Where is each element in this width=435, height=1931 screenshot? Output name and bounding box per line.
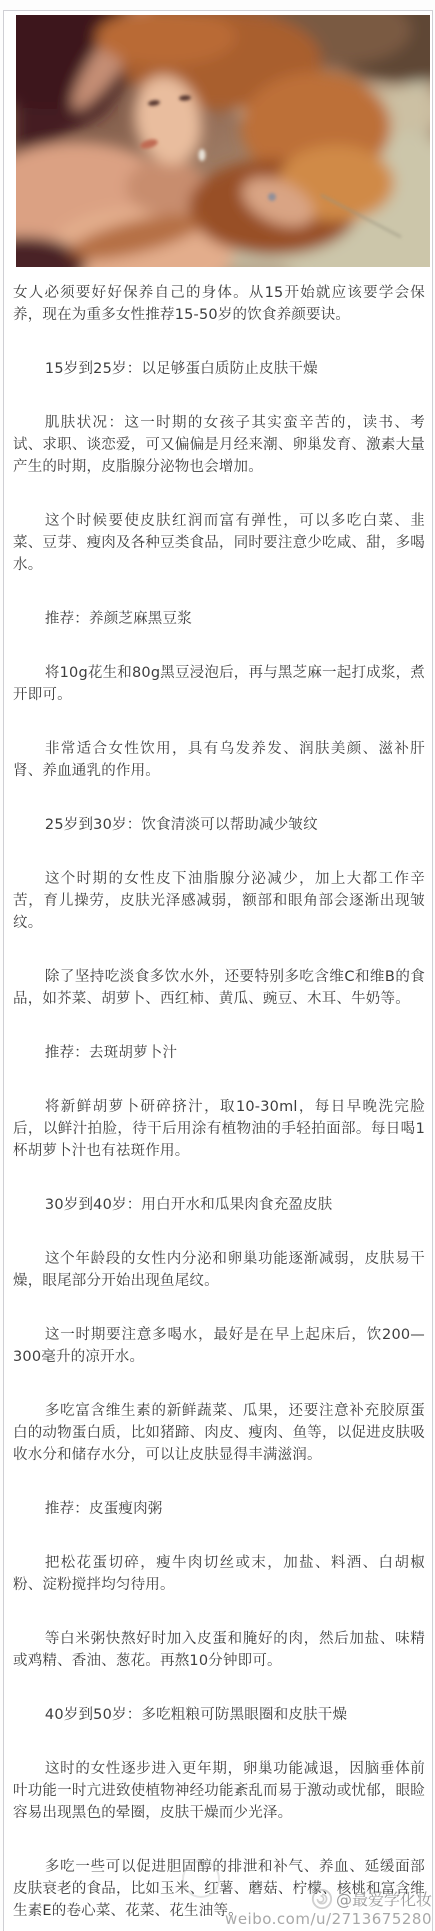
recommendation-line: 推荐：皮蛋瘦肉粥	[13, 1498, 425, 1520]
weibo-long-image-post: 女人必须要好好保养自己的身体。从15开始就应该要学会保养，现在为重多女性推荐15…	[0, 0, 435, 1931]
body-paragraph: 这个时期的女性皮下油脂腺分泌减少，加上大都工作辛苦，育儿操劳，皮肤光泽感减弱，额…	[13, 868, 425, 934]
age-section-heading: 30岁到40岁：用白开水和瓜果肉食充盈皮肤	[13, 1194, 425, 1216]
intro-paragraph: 女人必须要好好保养自己的身体。从15开始就应该要学会保养，现在为重多女性推荐15…	[13, 282, 425, 326]
body-paragraph: 这一时期要注意多喝水，最好是在早上起床后，饮200—300毫升的凉开水。	[13, 1324, 425, 1368]
body-paragraph: 把松花蛋切碎，瘦牛肉切丝或末，加盐、料酒、白胡椒粉、淀粉搅拌均匀待用。	[13, 1552, 425, 1596]
body-paragraph: 多吃富含维生素的新鲜蔬菜、瓜果，还要注意补充胶原蛋白的动物蛋白质，比如猪蹄、肉皮…	[13, 1400, 425, 1466]
age-section-heading: 40岁到50岁：多吃粗粮可防黑眼圈和皮肤干燥	[13, 1704, 425, 1726]
body-paragraph: 肌肤状况：这一时期的女孩子其实蛮辛苦的，读书、考试、求职、谈恋爱，可又偏偏是月经…	[13, 412, 425, 478]
body-paragraph: 将10g花生和80g黑豆浸泡后，再与黑芝麻一起打成浆，煮开即可。	[13, 662, 425, 706]
watermark-author-handle: @最爱学化妆	[336, 1890, 432, 1909]
article-photo	[16, 15, 430, 267]
watermark-url: weibo.com/u/2713675280	[225, 1910, 432, 1929]
age-section-heading: 15岁到25岁：以足够蛋白质防止皮肤干燥	[13, 358, 425, 380]
body-paragraph: 这个年龄段的女性内分泌和卵巢功能逐渐减弱，皮肤易干燥，眼尾部分开始出现鱼尾纹。	[13, 1248, 425, 1292]
woman-portrait-photo	[16, 15, 430, 267]
body-paragraph: 非常适合女性饮用，具有乌发养发、润肤美颜、滋补肝肾、养血通乳的作用。	[13, 738, 425, 782]
watermark-swirl-tail-icon	[182, 1860, 220, 1898]
body-paragraph: 将新鲜胡萝卜研碎挤汁，取10-30ml，每日早晚洗完脸后，以鲜汁拍脸，待干后用涂…	[13, 1096, 425, 1162]
body-paragraph: 这个时候要使皮肤红润而富有弹性，可以多吃白菜、韭菜、豆芽、瘦肉及各种豆类食品，同…	[13, 510, 425, 576]
content-card: 女人必须要好好保养自己的身体。从15开始就应该要学会保养，现在为重多女性推荐15…	[3, 10, 433, 1931]
article-body: 女人必须要好好保养自己的身体。从15开始就应该要学会保养，现在为重多女性推荐15…	[4, 267, 432, 1922]
body-paragraph: 等白米粥快熬好时加入皮蛋和腌好的肉，然后加盐、味精或鸡精、香油、葱花。再熬10分…	[13, 1628, 425, 1672]
body-paragraph: 这时的女性逐步进入更年期，卵巢功能减退，因脑垂体前叶功能一时亢进致使植物神经功能…	[13, 1758, 425, 1824]
watermark-swirl-icon	[311, 1888, 333, 1910]
watermark: @最爱学化妆 weibo.com/u/2713675280	[225, 1888, 432, 1929]
body-paragraph: 除了坚持吃淡食多饮水外，还要特别多吃含维C和维B的食品，如芥菜、胡萝卜、西红柿、…	[13, 966, 425, 1010]
age-section-heading: 25岁到30岁：饮食清淡可以帮助减少皱纹	[13, 814, 425, 836]
recommendation-line: 推荐：养颜芝麻黑豆浆	[13, 608, 425, 630]
recommendation-line: 推荐：去斑胡萝卜汁	[13, 1042, 425, 1064]
